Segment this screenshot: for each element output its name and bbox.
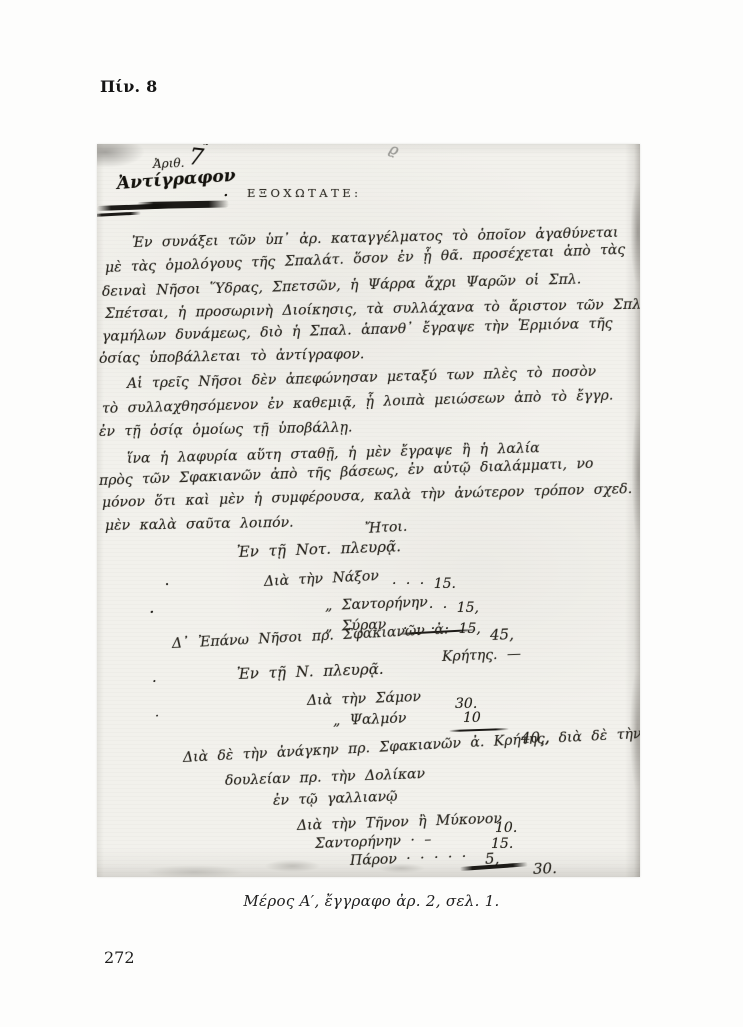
manuscript-line: „ Ψαλμόν — [333, 710, 407, 729]
manuscript-line: . — [223, 180, 229, 201]
manuscript-line: · — [155, 709, 159, 724]
manuscript-line: · · · 15, — [415, 600, 479, 616]
manuscript-line: 10 — [463, 710, 481, 726]
manuscript-line: Ἐν τῇ Ν. πλευρᾷ. — [237, 660, 384, 683]
manuscript-line: Ἐν τῇ Νοτ. πλευρᾷ. — [237, 537, 402, 561]
manuscript-line: ὁσίας ὑποβάλλεται τὸ ἀντίγραφον. — [99, 346, 365, 367]
manuscript-scan-image: Ἀριθ.7˜Ἀντίγραφον.ΕΞΟΧΩΤΑΤΕ:ϱἘν συνάξει … — [97, 144, 640, 877]
manuscript-line: δειναὶ Νῆσοι Ὕδρας, Σπετσῶν, ἡ Ψάρρα ἄχρ… — [102, 271, 582, 300]
manuscript-line: ˜ — [201, 144, 208, 158]
manuscript-line: Κρήτης. — — [442, 646, 521, 665]
manuscript-line: ϱ — [387, 144, 401, 159]
manuscript-line: „ Σαντορήνην — [325, 594, 428, 614]
manuscript-line: ἐν τῷ γαλλιανῷ — [273, 789, 398, 809]
manuscript-line: ΕΞΟΧΩΤΑΤΕ: — [247, 186, 362, 200]
manuscript-line: 10. — [495, 820, 517, 836]
ink-flourish-stroke — [460, 862, 528, 871]
ink-flourish-stroke — [449, 728, 509, 732]
plate-label: Πίν. 8 — [100, 77, 157, 96]
manuscript-line: Πάρον · · · · · — [350, 849, 467, 869]
manuscript-line: μὲν καλὰ σαῦτα λοιπόν. — [105, 515, 294, 534]
manuscript-line: · — [152, 672, 157, 690]
manuscript-line: Διὰ τὴν Νάξον — [264, 568, 380, 590]
page-number: 272 — [104, 948, 135, 967]
manuscript-line: Ἀντίγραφον — [116, 166, 236, 194]
manuscript-line: τὸ συλλαχθησόμενον ἐν καθεμιᾷ, ᾗ λοιπὰ μ… — [102, 388, 614, 417]
manuscript-line: 30. — [533, 859, 557, 877]
manuscript-line: · — [149, 602, 155, 623]
manuscript-line: Δ᾽ Ἐπάνω Νῆσοι πρ. Σφακιανῶν ἀ. — [172, 622, 449, 652]
manuscript-line: ἐν τῇ ὁσίᾳ ὁμοίως τῇ ὑποβάλλῃ. — [99, 420, 353, 440]
manuscript-line: · · · 15. — [392, 576, 456, 592]
manuscript-line: 45, — [490, 625, 514, 644]
manuscript-line: δουλείαν πρ. τὴν Δολίκαν — [225, 766, 426, 789]
manuscript-line: Διὰ τὴν Σάμον — [307, 689, 421, 709]
manuscript-line: Ἤτοι. — [365, 519, 408, 537]
ink-flourish-stroke — [97, 211, 141, 217]
ink-flourish-stroke — [137, 200, 229, 209]
manuscript-line: Διὰ δὲ τὴν ἀνάγκην πρ. Σφακιανῶν ἀ. Κρήτ… — [183, 726, 640, 766]
manuscript-line: Σαντορήνην · – — [315, 832, 432, 852]
manuscript-line: Διὰ τὴν Τῆνον ἢ Μύκονον — [297, 811, 502, 834]
manuscript-line: • — [165, 581, 169, 589]
manuscript-line: Αἱ τρεῖς Νῆσοι δὲν ἀπεφώνησαν μεταξύ των… — [127, 364, 597, 392]
figure-caption: Μέρος Α′, ἔγγραφο ἀρ. 2, σελ. 1. — [0, 892, 743, 910]
